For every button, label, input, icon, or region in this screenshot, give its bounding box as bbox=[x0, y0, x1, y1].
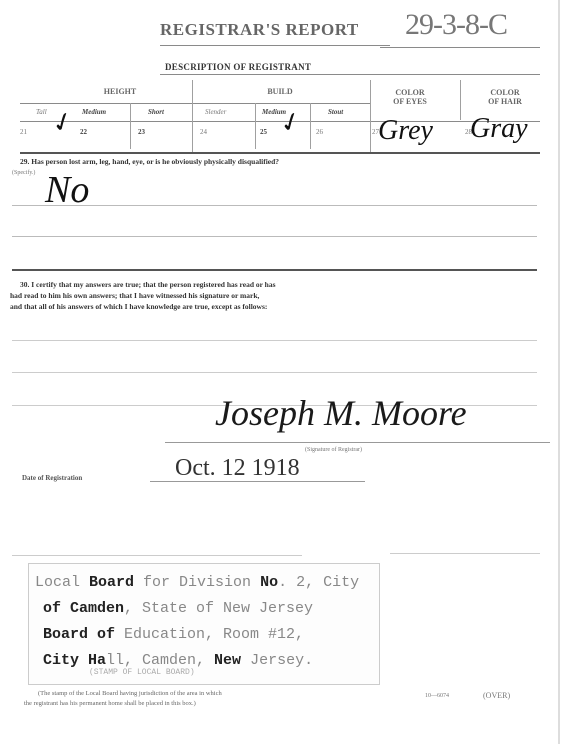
checkmark-height-medium-icon: ✓ bbox=[48, 105, 79, 141]
col-tall: Tall bbox=[36, 108, 47, 116]
col-height-medium: Medium bbox=[82, 108, 106, 116]
col-slender: Slender bbox=[205, 108, 226, 116]
table-divider bbox=[310, 103, 311, 149]
exception-rule-1 bbox=[12, 340, 537, 341]
hair-header-line2: OF HAIR bbox=[470, 97, 540, 106]
stamp-text: No bbox=[260, 574, 278, 591]
stamp-text: . 2, City bbox=[278, 574, 359, 591]
cell-number-23: 23 bbox=[138, 128, 145, 136]
page-edge bbox=[558, 0, 560, 744]
question-30-line1: 30. I certify that my answers are true; … bbox=[20, 279, 540, 290]
registration-date: Oct. 12 1918 bbox=[175, 455, 300, 482]
stamp-line-4: City Hall, Camden, New Jersey. bbox=[43, 652, 313, 669]
registrar-signature: Joseph M. Moore bbox=[215, 392, 467, 434]
local-board-stamp: Local Board for Division No. 2, City of … bbox=[28, 563, 380, 685]
faint-rule bbox=[390, 553, 540, 554]
col-short: Short bbox=[148, 108, 164, 116]
stamp-text: Education, Room #12, bbox=[115, 626, 304, 643]
answer-rule-1 bbox=[12, 205, 537, 206]
table-divider bbox=[460, 80, 461, 120]
stamp-caption: (STAMP OF LOCAL BOARD) bbox=[89, 668, 195, 677]
date-of-registration-label: Date of Registration bbox=[22, 474, 82, 482]
section-rule bbox=[12, 269, 537, 271]
question-30-line3: and that all of his answers of which I h… bbox=[10, 301, 540, 312]
stamp-line-2: of Camden, State of New Jersey bbox=[43, 600, 313, 617]
cell-number-25: 25 bbox=[260, 128, 267, 136]
answer-rule-2 bbox=[12, 236, 537, 237]
hair-header-line1: COLOR bbox=[470, 88, 540, 97]
stamp-text: of Camden bbox=[43, 600, 124, 617]
exception-rule-2 bbox=[12, 372, 537, 373]
over-label: (OVER) bbox=[483, 691, 510, 700]
table-divider bbox=[130, 103, 131, 149]
table-rule-1 bbox=[20, 103, 370, 104]
stamp-text: Jersey. bbox=[241, 652, 313, 669]
eyes-header-line2: OF EYES bbox=[375, 97, 445, 106]
footer-note-line1: (The stamp of the Local Board having jur… bbox=[38, 689, 368, 698]
specify-label: (Specify.) bbox=[12, 170, 35, 176]
question-30-line2: had read to him his own answers; that I … bbox=[10, 290, 540, 301]
table-divider bbox=[370, 80, 371, 152]
stamp-line-3: Board of Education, Room #12, bbox=[43, 626, 304, 643]
table-divider bbox=[192, 80, 193, 152]
stamp-text: Local bbox=[35, 574, 89, 591]
signature-rule bbox=[165, 442, 550, 443]
cell-number-24: 24 bbox=[200, 128, 207, 136]
description-table: HEIGHT BUILD COLOR OF EYES COLOR OF HAIR… bbox=[0, 0, 562, 160]
question-29-text: 29. Has person lost arm, leg, hand, eye,… bbox=[20, 156, 550, 167]
stamp-text: New bbox=[214, 652, 241, 669]
col-stout: Stout bbox=[328, 108, 343, 116]
height-header: HEIGHT bbox=[60, 87, 180, 96]
cell-number-22: 22 bbox=[80, 128, 87, 136]
hair-color-value: Gray bbox=[470, 113, 528, 145]
form-code: 10—6074 bbox=[425, 693, 449, 699]
stamp-text: Board of bbox=[43, 626, 115, 643]
cell-number-26: 26 bbox=[316, 128, 323, 136]
cell-number-21: 21 bbox=[20, 128, 27, 136]
eyes-header-line1: COLOR bbox=[375, 88, 445, 97]
stamp-text: ll, Camden, bbox=[106, 652, 214, 669]
stamp-text: , State of New Jersey bbox=[124, 600, 313, 617]
table-divider bbox=[255, 103, 256, 149]
stamp-text: City Ha bbox=[43, 652, 106, 669]
stamp-text: for Division bbox=[134, 574, 260, 591]
build-header: BUILD bbox=[230, 87, 330, 96]
eye-color-value: Grey bbox=[378, 115, 433, 147]
table-rule-3 bbox=[20, 152, 540, 154]
faint-rule bbox=[12, 555, 302, 556]
checkmark-build-medium-icon: ✓ bbox=[276, 105, 307, 141]
stamp-text: Board bbox=[89, 574, 134, 591]
footer-note-line2: the registrant has his permanent home sh… bbox=[24, 699, 354, 708]
signature-caption: (Signature of Registrar) bbox=[305, 447, 362, 453]
stamp-line-1: Local Board for Division No. 2, City bbox=[35, 574, 359, 591]
